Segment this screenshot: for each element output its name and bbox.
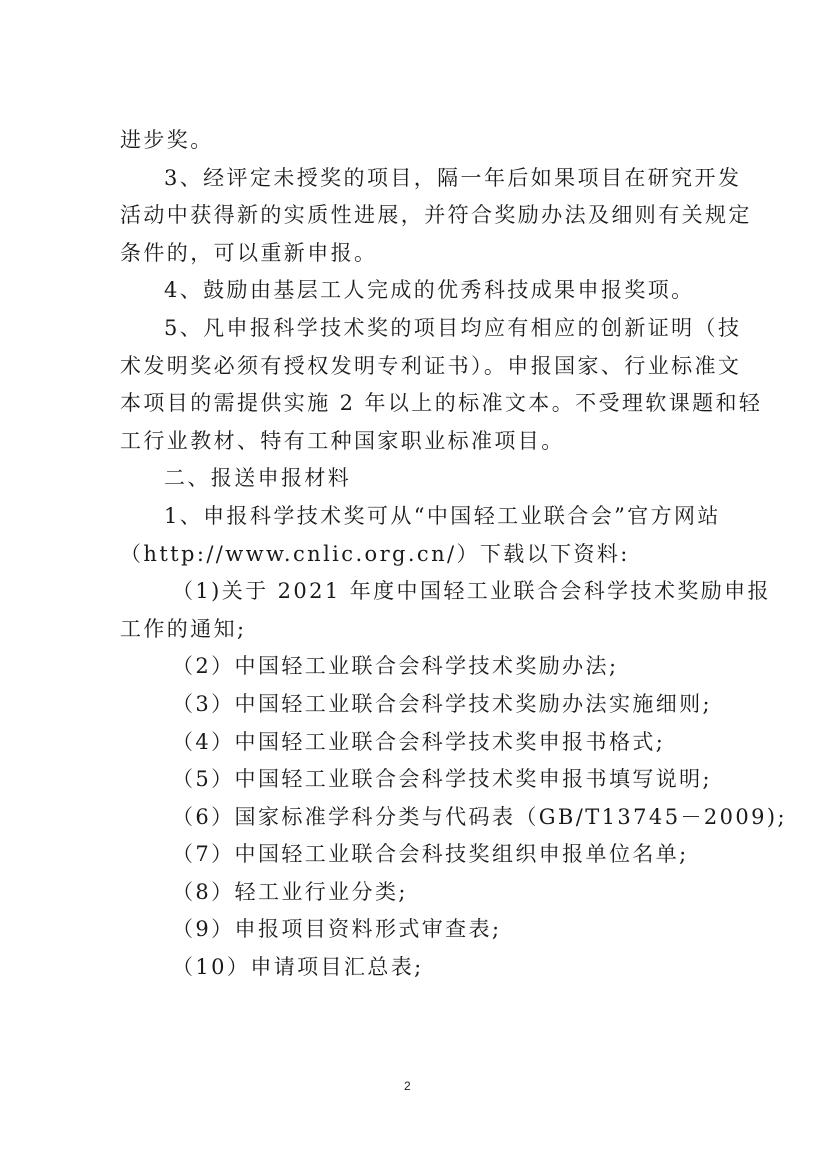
list-item: （8）轻工业行业分类; [120,874,720,912]
text-line: 条件的，可以重新申报。 [120,235,720,273]
text-line: 本项目的需提供实施 2 年以上的标准文本。不受理软课题和轻 [120,385,720,423]
list-item: （6）国家标准学科分类与代码表（GB/T13745－2009); [120,799,720,837]
text-line: 工作的通知; [120,611,720,649]
list-item: （1)关于 2021 年度中国轻工业联合会科学技术奖励申报 [120,573,720,611]
section-heading: 二、报送申报材料 [120,460,720,498]
list-item: （10）申请项目汇总表; [120,949,720,987]
text-line: 4、鼓励由基层工人完成的优秀科技成果申报奖项。 [120,272,720,310]
list-item: （5）中国轻工业联合会科学技术奖申报书填写说明; [120,761,720,799]
document-page: 进步奖。 3、经评定未授奖的项目，隔一年后如果项目在研究开发 活动中获得新的实质… [0,0,827,1170]
list-item: （2）中国轻工业联合会科学技术奖励办法; [120,648,720,686]
text-line: 术发明奖必须有授权发明专利证书）。申报国家、行业标准文 [120,348,720,386]
text-line: 5、凡申报科学技术奖的项目均应有相应的创新证明（技 [120,310,720,348]
list-item: （4）中国轻工业联合会科学技术奖申报书格式; [120,724,720,762]
text-line: 工行业教材、特有工种国家职业标准项目。 [120,423,720,461]
url-line: （http://www.cnlic.org.cn/）下载以下资料: [120,536,720,574]
document-body: 进步奖。 3、经评定未授奖的项目，隔一年后如果项目在研究开发 活动中获得新的实质… [120,122,720,987]
list-item: （3）中国轻工业联合会科学技术奖励办法实施细则; [120,686,720,724]
list-item: （9）申报项目资料形式审查表; [120,911,720,949]
list-item: （7）中国轻工业联合会科技奖组织申报单位名单; [120,836,720,874]
text-line: 活动中获得新的实质性进展，并符合奖励办法及细则有关规定 [120,197,720,235]
page-number: 2 [404,1079,411,1093]
text-line: 1、申报科学技术奖可从“中国轻工业联合会”官方网站 [120,498,720,536]
text-line: 3、经评定未授奖的项目，隔一年后如果项目在研究开发 [120,160,720,198]
text-line: 进步奖。 [120,122,720,160]
